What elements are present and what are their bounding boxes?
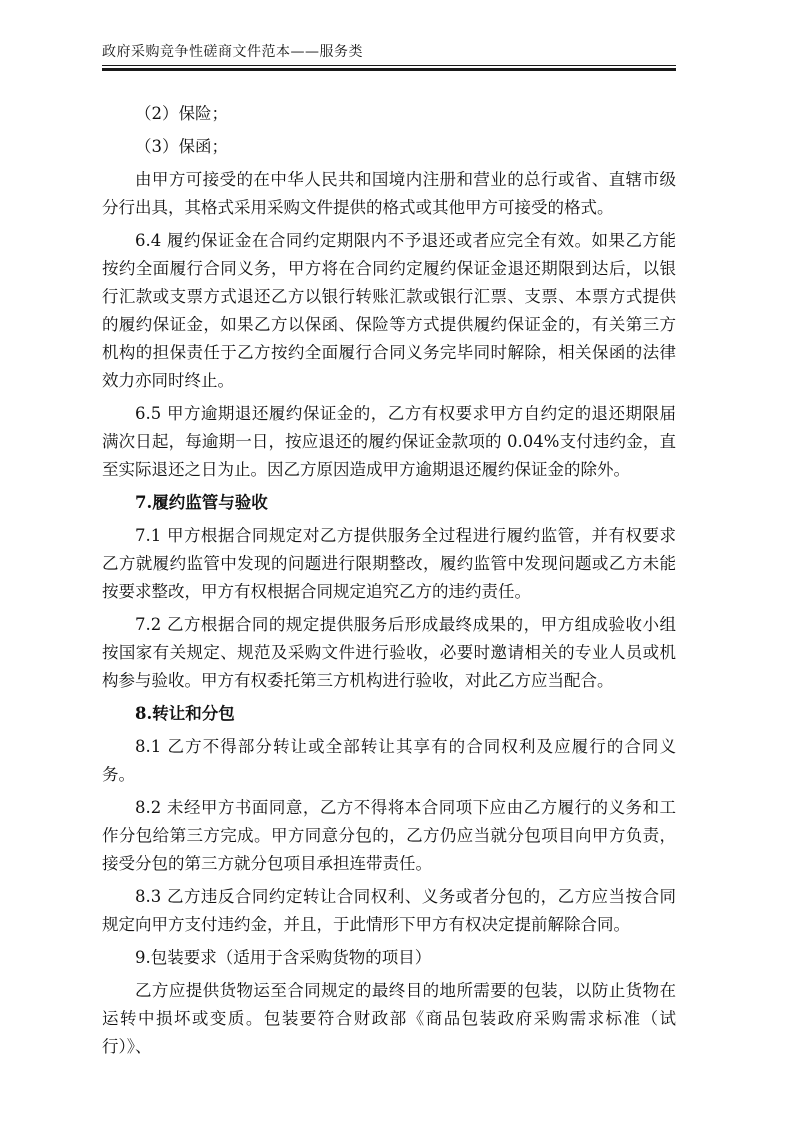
heading-section-8: 8.转让和分包	[102, 700, 676, 728]
page-header-title: 政府采购竞争性磋商文件范本——服务类	[102, 42, 676, 65]
list-item-guarantee-letter: （3）保函；	[102, 133, 676, 161]
paragraph-clause-7-1: 7.1 甲方根据合同规定对乙方提供服务全过程进行履约监管，并有权要求乙方就履约监…	[102, 522, 676, 606]
paragraph-clause-8-2: 8.2 未经甲方书面同意，乙方不得将本合同项下应由乙方履行的义务和工作分包给第三…	[102, 794, 676, 878]
paragraph-clause-6-5: 6.5 甲方逾期退还履约保证金的，乙方有权要求甲方自约定的退还期限届满次日起，每…	[102, 400, 676, 484]
paragraph-clause-8-1: 8.1 乙方不得部分转让或全部转让其享有的合同权利及应履行的合同义务。	[102, 733, 676, 789]
document-body: （2）保险； （3）保函； 由甲方可接受的在中华人民共和国境内注册和营业的总行或…	[102, 95, 676, 1066]
paragraph-packaging-requirement: 乙方应提供货物运至合同规定的最终目的地所需要的包装，以防止货物在运转中损坏或变质…	[102, 977, 676, 1061]
list-item-insurance: （2）保险；	[102, 100, 676, 128]
page-header: 政府采购竞争性磋商文件范本——服务类	[102, 42, 676, 71]
paragraph-clause-6-4: 6.4 履约保证金在合同约定期限内不予退还或者应完全有效。如果乙方能按约全面履行…	[102, 227, 676, 395]
heading-section-7: 7.履约监管与验收	[102, 489, 676, 517]
paragraph-clause-8-3: 8.3 乙方违反合同约定转让合同权利、义务或者分包的，乙方应当按合同规定向甲方支…	[102, 883, 676, 939]
document-page: 政府采购竞争性磋商文件范本——服务类 （2）保险； （3）保函； 由甲方可接受的…	[0, 0, 793, 1123]
heading-section-9: 9.包装要求（适用于含采购货物的项目）	[102, 944, 676, 972]
header-rule	[102, 65, 676, 71]
paragraph-guarantee-issuer: 由甲方可接受的在中华人民共和国境内注册和营业的总行或省、直辖市级分行出具，其格式…	[102, 166, 676, 222]
paragraph-clause-7-2: 7.2 乙方根据合同的规定提供服务后形成最终成果的，甲方组成验收小组按国家有关规…	[102, 611, 676, 695]
